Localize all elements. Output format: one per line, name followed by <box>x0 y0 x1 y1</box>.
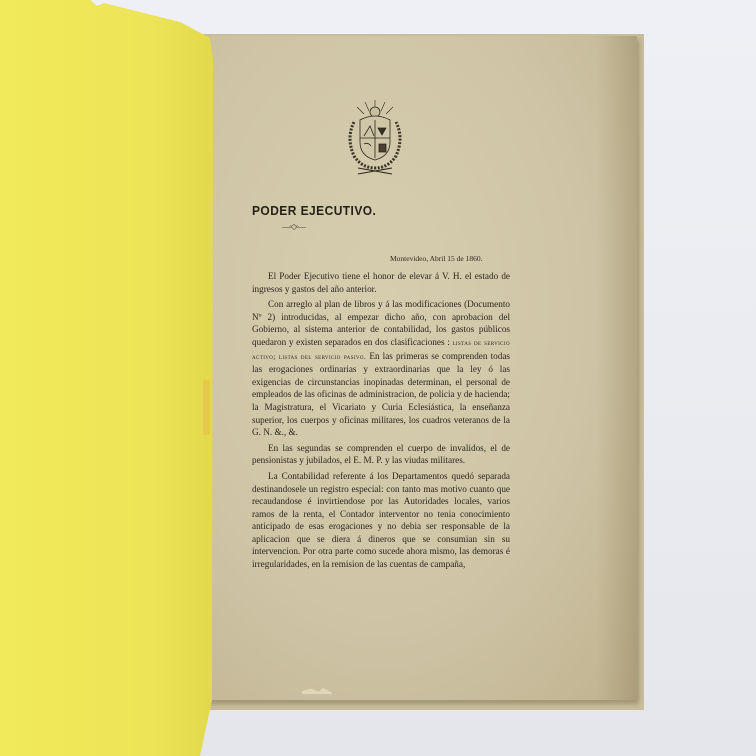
coat-of-arms-icon <box>340 98 410 176</box>
heading-ornament: —◦◇◦— <box>282 222 305 231</box>
yellow-cover <box>0 0 213 756</box>
cover-tab <box>203 380 210 435</box>
document-body: El Poder Ejecutivo tiene el honor de ele… <box>252 270 510 574</box>
page-edge-shadow <box>597 36 637 700</box>
paragraph-3: En las segundas se comprenden el cuerpo … <box>252 442 510 467</box>
paragraph-2-text-after: En las primeras se comprenden todas las … <box>252 351 510 438</box>
paragraph-1: El Poder Ejecutivo tiene el honor de ele… <box>252 270 510 295</box>
paragraph-4: La Contabilidad referente á los Departam… <box>252 470 510 571</box>
dateline: Montevideo, Abril 15 de 1860. <box>390 254 483 263</box>
paragraph-2: Con arreglo al plan de libros y á las mo… <box>252 298 510 439</box>
document-heading: PODER EJECUTIVO. <box>252 203 376 218</box>
